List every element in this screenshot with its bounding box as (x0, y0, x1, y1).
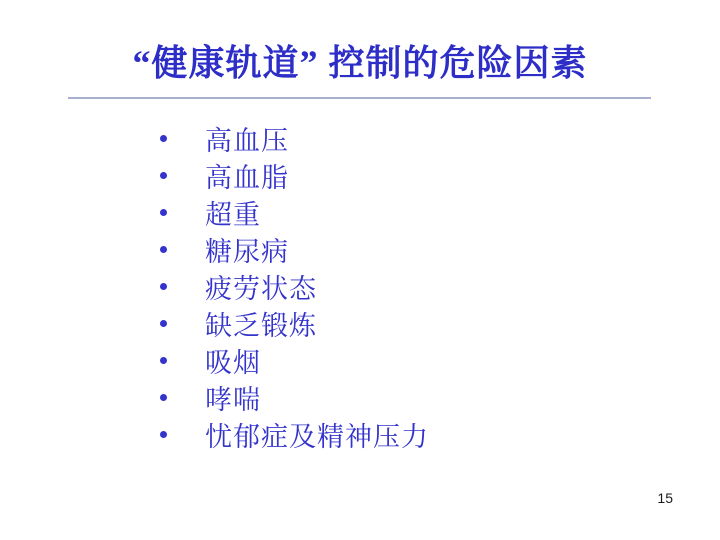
list-item: 忧郁症及精神压力 (160, 416, 429, 453)
list-item: 超重 (160, 194, 429, 231)
bullet-icon (160, 357, 167, 364)
list-item: 糖尿病 (160, 231, 429, 268)
list-item: 高血脂 (160, 157, 429, 194)
slide-title: “健康轨道” 控制的危险因素 (0, 42, 720, 85)
bullet-list: 高血压 高血脂 超重 糖尿病 疲劳状态 缺乏锻炼 吸烟 哮喘 (160, 120, 429, 453)
bullet-icon (160, 135, 167, 142)
list-item: 哮喘 (160, 379, 429, 416)
list-item-label: 吸烟 (205, 341, 261, 380)
bullet-icon (160, 283, 167, 290)
list-item-label: 哮喘 (205, 378, 261, 417)
bullet-icon (160, 394, 167, 401)
slide: “健康轨道” 控制的危险因素 高血压 高血脂 超重 糖尿病 疲劳状态 缺乏锻炼 (0, 0, 720, 540)
list-item-label: 缺乏锻炼 (205, 304, 317, 343)
list-item: 吸烟 (160, 342, 429, 379)
bullet-icon (160, 209, 167, 216)
list-item-label: 疲劳状态 (205, 267, 317, 306)
title-divider (68, 97, 651, 99)
list-item: 疲劳状态 (160, 268, 429, 305)
bullet-icon (160, 431, 167, 438)
list-item-label: 高血压 (205, 119, 289, 158)
bullet-icon (160, 172, 167, 179)
list-item-label: 超重 (205, 193, 261, 232)
list-item-label: 糖尿病 (205, 230, 289, 269)
page-number: 15 (657, 490, 673, 506)
bullet-icon (160, 246, 167, 253)
list-item-label: 忧郁症及精神压力 (205, 415, 429, 454)
list-item: 高血压 (160, 120, 429, 157)
list-item-label: 高血脂 (205, 156, 289, 195)
list-item: 缺乏锻炼 (160, 305, 429, 342)
bullet-icon (160, 320, 167, 327)
